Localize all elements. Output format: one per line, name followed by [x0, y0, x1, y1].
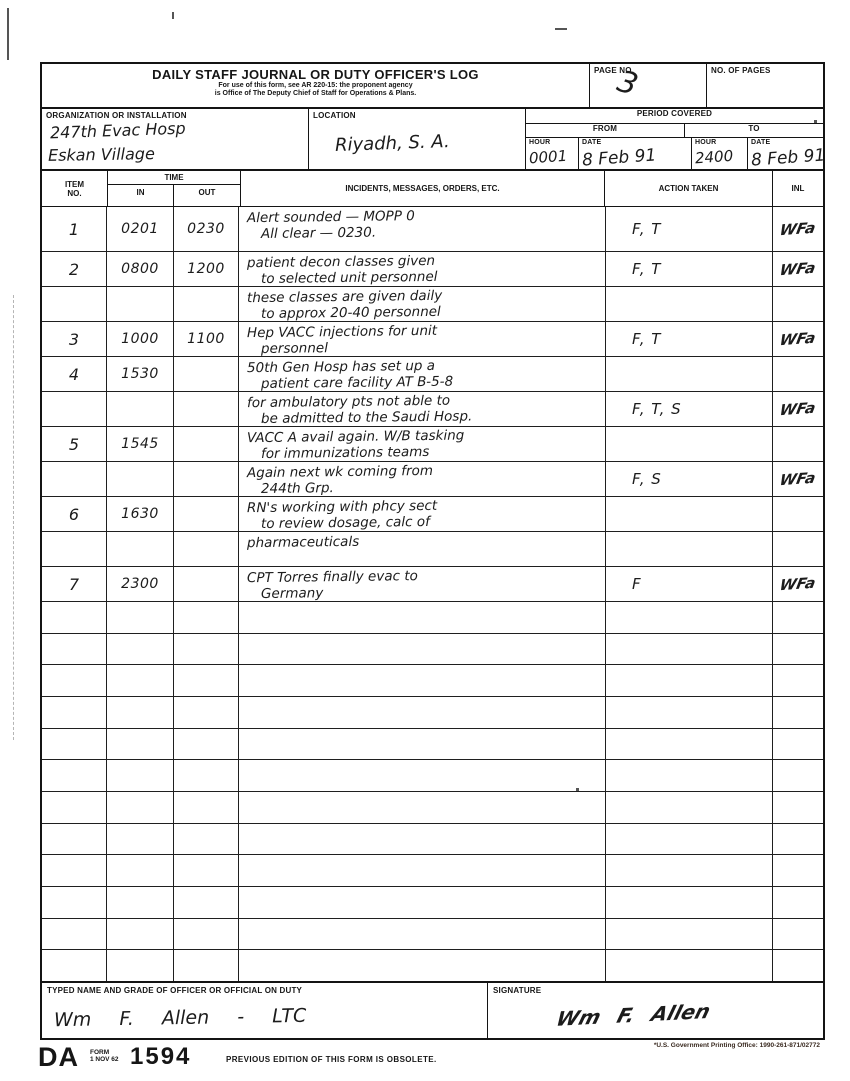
time-out-text: 1100 — [187, 331, 225, 347]
empty-cell — [773, 697, 823, 728]
to-hour-value: 2400 — [694, 147, 733, 168]
empty-cell — [773, 919, 823, 950]
empty-cell — [174, 919, 239, 950]
scan-artifact-line — [13, 295, 14, 740]
scan-artifact-dash — [555, 28, 567, 30]
initials: WFa — [773, 207, 823, 251]
incident-line: to selected unit personnel — [247, 267, 605, 287]
empty-cell — [174, 855, 239, 886]
form-subtitle-1: For use of this form, see AR 220-15: the… — [42, 82, 589, 90]
action-taken: F, T, S — [606, 392, 773, 426]
col-header-incidents: INCIDENTS, MESSAGES, ORDERS, ETC. — [241, 171, 605, 206]
empty-cell — [107, 824, 174, 855]
empty-cell — [606, 760, 773, 791]
incident-line: for immunizations teams — [247, 442, 605, 462]
to-hour-cell: HOUR 2400 — [692, 138, 748, 169]
journal-row: 4153050th Gen Hosp has set up apatient c… — [42, 356, 823, 391]
empty-cell — [773, 665, 823, 696]
empty-cell — [107, 887, 174, 918]
empty-cell — [107, 665, 174, 696]
journal-row-empty — [42, 664, 823, 696]
empty-cell — [174, 792, 239, 823]
from-label: FROM — [526, 124, 685, 137]
page-no-cell: PAGE NO. 3 — [590, 64, 707, 107]
empty-cell — [606, 824, 773, 855]
time-out — [174, 287, 239, 321]
incident-entry: these classes are given dailyto approx 2… — [239, 287, 606, 321]
action-taken-text: F, T — [632, 220, 661, 238]
form-number-line: DA FORM 1 NOV 62 1594 PREVIOUS EDITION O… — [38, 1042, 828, 1076]
form-number: 1594 — [130, 1043, 191, 1071]
empty-cell — [239, 602, 606, 633]
journal-row: for ambulatory pts not able tobe admitte… — [42, 391, 823, 426]
empty-cell — [239, 887, 606, 918]
journal-body: 102010230Alert sounded — MOPP 0All clear… — [42, 207, 823, 981]
incident-line: patient care facility AT B-5-8 — [247, 372, 605, 392]
incident-line: be admitted to the Saudi Hosp. — [247, 407, 605, 427]
empty-cell — [42, 634, 107, 665]
time-out — [174, 427, 239, 461]
action-taken-text: F, T — [632, 330, 661, 348]
empty-cell — [773, 729, 823, 760]
time-in-text: 1000 — [121, 331, 159, 347]
initials-text: WFa — [779, 259, 818, 279]
from-hour-cell: HOUR 0001 — [526, 138, 579, 169]
journal-row: 72300CPT Torres finally evac toGermanyFW… — [42, 566, 823, 601]
time-out-text: 1200 — [187, 261, 225, 277]
empty-cell — [174, 729, 239, 760]
item-no: 5 — [42, 427, 107, 461]
empty-cell — [174, 665, 239, 696]
journal-row: 208001200patient decon classes givento s… — [42, 251, 823, 286]
empty-cell — [773, 602, 823, 633]
empty-cell — [42, 887, 107, 918]
journal-row-empty — [42, 886, 823, 918]
empty-cell — [174, 824, 239, 855]
empty-cell — [239, 950, 606, 981]
da-mark: DA — [38, 1042, 79, 1073]
empty-cell — [606, 697, 773, 728]
to-date-label: DATE — [751, 139, 820, 146]
journal-row: 310001100Hep VACC injections for unitper… — [42, 321, 823, 356]
empty-cell — [606, 665, 773, 696]
no-of-pages-cell: NO. OF PAGES — [707, 64, 823, 107]
action-taken — [606, 427, 773, 461]
initials — [773, 287, 823, 321]
empty-cell — [606, 887, 773, 918]
item-no: 6 — [42, 497, 107, 531]
from-hour-value: 0001 — [528, 147, 567, 168]
period-values-row: HOUR 0001 DATE 8 Feb 91 HOUR 2400 DATE 8… — [526, 138, 823, 169]
initials — [773, 532, 823, 566]
journal-header-row: ITEM NO. TIME IN OUT INCIDENTS, MESSAGES… — [42, 171, 823, 207]
journal-row-empty — [42, 633, 823, 665]
time-out-header: OUT — [174, 185, 240, 206]
item-no — [42, 532, 107, 566]
time-in: 2300 — [107, 567, 174, 601]
initials-text: WFa — [779, 574, 818, 594]
empty-cell — [42, 824, 107, 855]
signature-value: Wm F. Allen — [554, 999, 714, 1031]
item-no-text: 1 — [69, 220, 79, 239]
incident-entry: RN's working with phcy sectto review dos… — [239, 497, 606, 531]
incident-line: 244th Grp. — [247, 477, 605, 497]
typed-name-cell: TYPED NAME AND GRADE OF OFFICER OR OFFIC… — [42, 983, 488, 1038]
time-out: 1200 — [174, 252, 239, 286]
form-edition: FORM 1 NOV 62 — [90, 1049, 119, 1063]
initials-text: WFa — [779, 329, 818, 349]
item-no-text: 5 — [69, 435, 79, 454]
col-header-time: TIME IN OUT — [108, 171, 241, 206]
empty-cell — [107, 729, 174, 760]
journal-row: 102010230Alert sounded — MOPP 0All clear… — [42, 207, 823, 251]
action-taken: F — [606, 567, 773, 601]
time-in: 0800 — [107, 252, 174, 286]
item-no-text: 4 — [69, 365, 79, 384]
item-no — [42, 392, 107, 426]
action-taken: F, S — [606, 462, 773, 496]
org-location-period: ORGANIZATION OR INSTALLATION 247th Evac … — [42, 109, 823, 171]
time-in-text: 1630 — [121, 506, 159, 522]
journal-row-empty — [42, 759, 823, 791]
to-date-cell: DATE 8 Feb 91 — [748, 138, 823, 169]
empty-cell — [42, 760, 107, 791]
empty-cell — [42, 919, 107, 950]
action-taken — [606, 357, 773, 391]
form-subtitle-2: is Office of The Deputy Chief of Staff f… — [42, 90, 589, 98]
col-header-inl: INL — [773, 171, 823, 206]
time-in — [107, 287, 174, 321]
journal-row-empty — [42, 854, 823, 886]
time-in — [107, 532, 174, 566]
from-date-value: 8 Feb 91 — [581, 145, 657, 170]
obsolete-note: PREVIOUS EDITION OF THIS FORM IS OBSOLET… — [226, 1055, 437, 1064]
action-taken: F, T — [606, 322, 773, 356]
from-hour-label: HOUR — [529, 139, 575, 146]
printing-office-note: *U.S. Government Printing Office: 1990-2… — [654, 1042, 820, 1049]
page-no-label: PAGE NO. — [594, 66, 702, 75]
to-date-value: 8 Feb 91 — [750, 145, 826, 170]
to-hour-label: HOUR — [695, 139, 744, 146]
empty-cell — [606, 855, 773, 886]
time-out: 1100 — [174, 322, 239, 356]
form-title-cell: DAILY STAFF JOURNAL OR DUTY OFFICER'S LO… — [42, 64, 590, 107]
incident-entry: CPT Torres finally evac toGermany — [239, 567, 606, 601]
item-no — [42, 462, 107, 496]
action-taken — [606, 497, 773, 531]
action-taken-text: F, T — [632, 260, 661, 278]
initials: WFa — [773, 252, 823, 286]
empty-cell — [239, 634, 606, 665]
journal-row-empty — [42, 918, 823, 950]
time-out — [174, 567, 239, 601]
signature-label: SIGNATURE — [493, 986, 818, 995]
incident-entry: 50th Gen Hosp has set up apatient care f… — [239, 357, 606, 391]
empty-cell — [606, 634, 773, 665]
empty-cell — [42, 729, 107, 760]
time-in: 1630 — [107, 497, 174, 531]
time-in-text: 0800 — [121, 261, 159, 277]
initials — [773, 357, 823, 391]
journal-row: pharmaceuticals — [42, 531, 823, 566]
time-header-label: TIME — [108, 171, 240, 185]
empty-cell — [42, 855, 107, 886]
empty-cell — [107, 950, 174, 981]
item-no-text: 7 — [69, 575, 79, 594]
incident-entry: patient decon classes givento selected u… — [239, 252, 606, 286]
action-taken-text: F, T, S — [632, 400, 682, 418]
empty-cell — [239, 919, 606, 950]
empty-cell — [773, 760, 823, 791]
empty-cell — [174, 887, 239, 918]
empty-cell — [239, 665, 606, 696]
time-out — [174, 532, 239, 566]
item-no: 1 — [42, 207, 107, 251]
form-edition-date: 1 NOV 62 — [90, 1056, 119, 1063]
time-in-text: 2300 — [121, 576, 159, 592]
period-covered-cell: PERIOD COVERED FROM TO HOUR 0001 DATE 8 … — [526, 109, 823, 169]
empty-cell — [174, 760, 239, 791]
time-out — [174, 497, 239, 531]
incident-entry: VACC A avail again. W/B taskingfor immun… — [239, 427, 606, 461]
incident-line: pharmaceuticals — [247, 531, 605, 551]
empty-cell — [773, 634, 823, 665]
empty-cell — [174, 697, 239, 728]
action-taken — [606, 287, 773, 321]
col-header-action-taken: ACTION TAKEN — [605, 171, 773, 206]
item-no-text: 2 — [69, 260, 79, 279]
empty-cell — [606, 950, 773, 981]
empty-cell — [174, 950, 239, 981]
journal-row-empty — [42, 696, 823, 728]
form-border: DAILY STAFF JOURNAL OR DUTY OFFICER'S LO… — [40, 62, 825, 1040]
initials-text: WFa — [779, 469, 818, 489]
empty-cell — [239, 760, 606, 791]
signature-band: TYPED NAME AND GRADE OF OFFICER OR OFFIC… — [42, 981, 823, 1038]
location-label: LOCATION — [313, 111, 521, 120]
journal-row-empty — [42, 949, 823, 981]
time-in: 1000 — [107, 322, 174, 356]
incident-entry: pharmaceuticals — [239, 532, 606, 566]
time-out: 0230 — [174, 207, 239, 251]
time-in — [107, 462, 174, 496]
item-no-text: 6 — [69, 505, 79, 524]
action-taken-text: F — [632, 575, 642, 593]
no-of-pages-label: NO. OF PAGES — [711, 66, 819, 75]
time-in: 0201 — [107, 207, 174, 251]
incident-entry: for ambulatory pts not able tobe admitte… — [239, 392, 606, 426]
col-header-item-no: ITEM NO. — [42, 171, 108, 206]
period-covered-label: PERIOD COVERED — [526, 109, 823, 124]
scanned-da-form-1594: DAILY STAFF JOURNAL OR DUTY OFFICER'S LO… — [0, 0, 850, 1081]
location-value: Riyadh, S. A. — [335, 131, 450, 156]
organization-line2: Eskan Village — [48, 144, 155, 165]
empty-cell — [174, 602, 239, 633]
incident-line: personnel — [247, 337, 605, 357]
time-in-text: 1530 — [121, 366, 159, 382]
signature-cell: SIGNATURE Wm F. Allen — [488, 983, 823, 1038]
item-header-line1: ITEM — [65, 180, 84, 189]
empty-cell — [606, 729, 773, 760]
incident-line: All clear — 0230. — [247, 222, 605, 242]
form-title: DAILY STAFF JOURNAL OR DUTY OFFICER'S LO… — [42, 67, 589, 82]
empty-cell — [606, 919, 773, 950]
scan-artifact-tick — [172, 12, 174, 19]
item-no: 2 — [42, 252, 107, 286]
item-no: 3 — [42, 322, 107, 356]
time-in-header: IN — [108, 185, 174, 206]
empty-cell — [239, 855, 606, 886]
item-no: 7 — [42, 567, 107, 601]
action-taken — [606, 532, 773, 566]
time-out — [174, 357, 239, 391]
initials — [773, 427, 823, 461]
from-date-cell: DATE 8 Feb 91 — [579, 138, 692, 169]
journal-row: 61630RN's working with phcy sectto revie… — [42, 496, 823, 531]
empty-cell — [239, 792, 606, 823]
empty-cell — [107, 697, 174, 728]
empty-cell — [42, 697, 107, 728]
empty-cell — [107, 919, 174, 950]
empty-cell — [42, 950, 107, 981]
incident-entry: Alert sounded — MOPP 0All clear — 0230. — [239, 207, 606, 251]
time-in: 1545 — [107, 427, 174, 461]
empty-cell — [42, 792, 107, 823]
empty-cell — [42, 602, 107, 633]
to-label: TO — [685, 124, 823, 137]
scan-artifact-mark — [7, 8, 9, 60]
journal-row-empty — [42, 791, 823, 823]
journal-row: these classes are given dailyto approx 2… — [42, 286, 823, 321]
initials-text: WFa — [779, 219, 818, 239]
empty-cell — [606, 792, 773, 823]
empty-cell — [107, 760, 174, 791]
time-in: 1530 — [107, 357, 174, 391]
form-header: DAILY STAFF JOURNAL OR DUTY OFFICER'S LO… — [42, 64, 823, 109]
action-taken: F, T — [606, 207, 773, 251]
period-from-to-row: FROM TO — [526, 124, 823, 138]
incident-entry: Hep VACC injections for unitpersonnel — [239, 322, 606, 356]
from-date-label: DATE — [582, 139, 688, 146]
empty-cell — [773, 792, 823, 823]
empty-cell — [107, 792, 174, 823]
time-in — [107, 392, 174, 426]
empty-cell — [239, 729, 606, 760]
journal-row-empty — [42, 823, 823, 855]
time-in-text: 0201 — [121, 221, 159, 237]
typed-name-value: Wm F. Allen - LTC — [54, 1005, 307, 1031]
empty-cell — [107, 855, 174, 886]
incident-line: to review dosage, calc of — [247, 512, 605, 532]
incident-entry: Again next wk coming from244th Grp. — [239, 462, 606, 496]
empty-cell — [107, 602, 174, 633]
initials: WFa — [773, 392, 823, 426]
time-out-text: 0230 — [187, 221, 225, 237]
empty-cell — [42, 665, 107, 696]
empty-cell — [239, 697, 606, 728]
initials: WFa — [773, 567, 823, 601]
journal-row: 51545VACC A avail again. W/B taskingfor … — [42, 426, 823, 461]
action-taken: F, T — [606, 252, 773, 286]
organization-line1: 247th Evac Hosp — [50, 119, 186, 143]
item-no: 4 — [42, 357, 107, 391]
action-taken-text: F, S — [632, 470, 662, 488]
initials: WFa — [773, 462, 823, 496]
initials — [773, 497, 823, 531]
journal-row-empty — [42, 601, 823, 633]
empty-cell — [174, 634, 239, 665]
item-no — [42, 287, 107, 321]
initials-text: WFa — [779, 399, 818, 419]
journal-row: Again next wk coming from244th Grp.F, SW… — [42, 461, 823, 496]
time-out — [174, 462, 239, 496]
empty-cell — [773, 855, 823, 886]
initials: WFa — [773, 322, 823, 356]
organization-cell: ORGANIZATION OR INSTALLATION 247th Evac … — [42, 109, 309, 169]
empty-cell — [239, 824, 606, 855]
form-word: FORM — [90, 1049, 109, 1056]
journal-row-empty — [42, 728, 823, 760]
incident-line: Germany — [247, 582, 605, 602]
incident-line: to approx 20-40 personnel — [247, 302, 605, 322]
item-no-text: 3 — [69, 330, 79, 349]
location-cell: LOCATION Riyadh, S. A. — [309, 109, 526, 169]
time-in-text: 1545 — [121, 436, 159, 452]
empty-cell — [107, 634, 174, 665]
empty-cell — [773, 824, 823, 855]
empty-cell — [606, 602, 773, 633]
time-out — [174, 392, 239, 426]
item-header-line2: NO. — [67, 189, 81, 198]
typed-name-label: TYPED NAME AND GRADE OF OFFICER OR OFFIC… — [47, 986, 482, 995]
empty-cell — [773, 887, 823, 918]
empty-cell — [773, 950, 823, 981]
